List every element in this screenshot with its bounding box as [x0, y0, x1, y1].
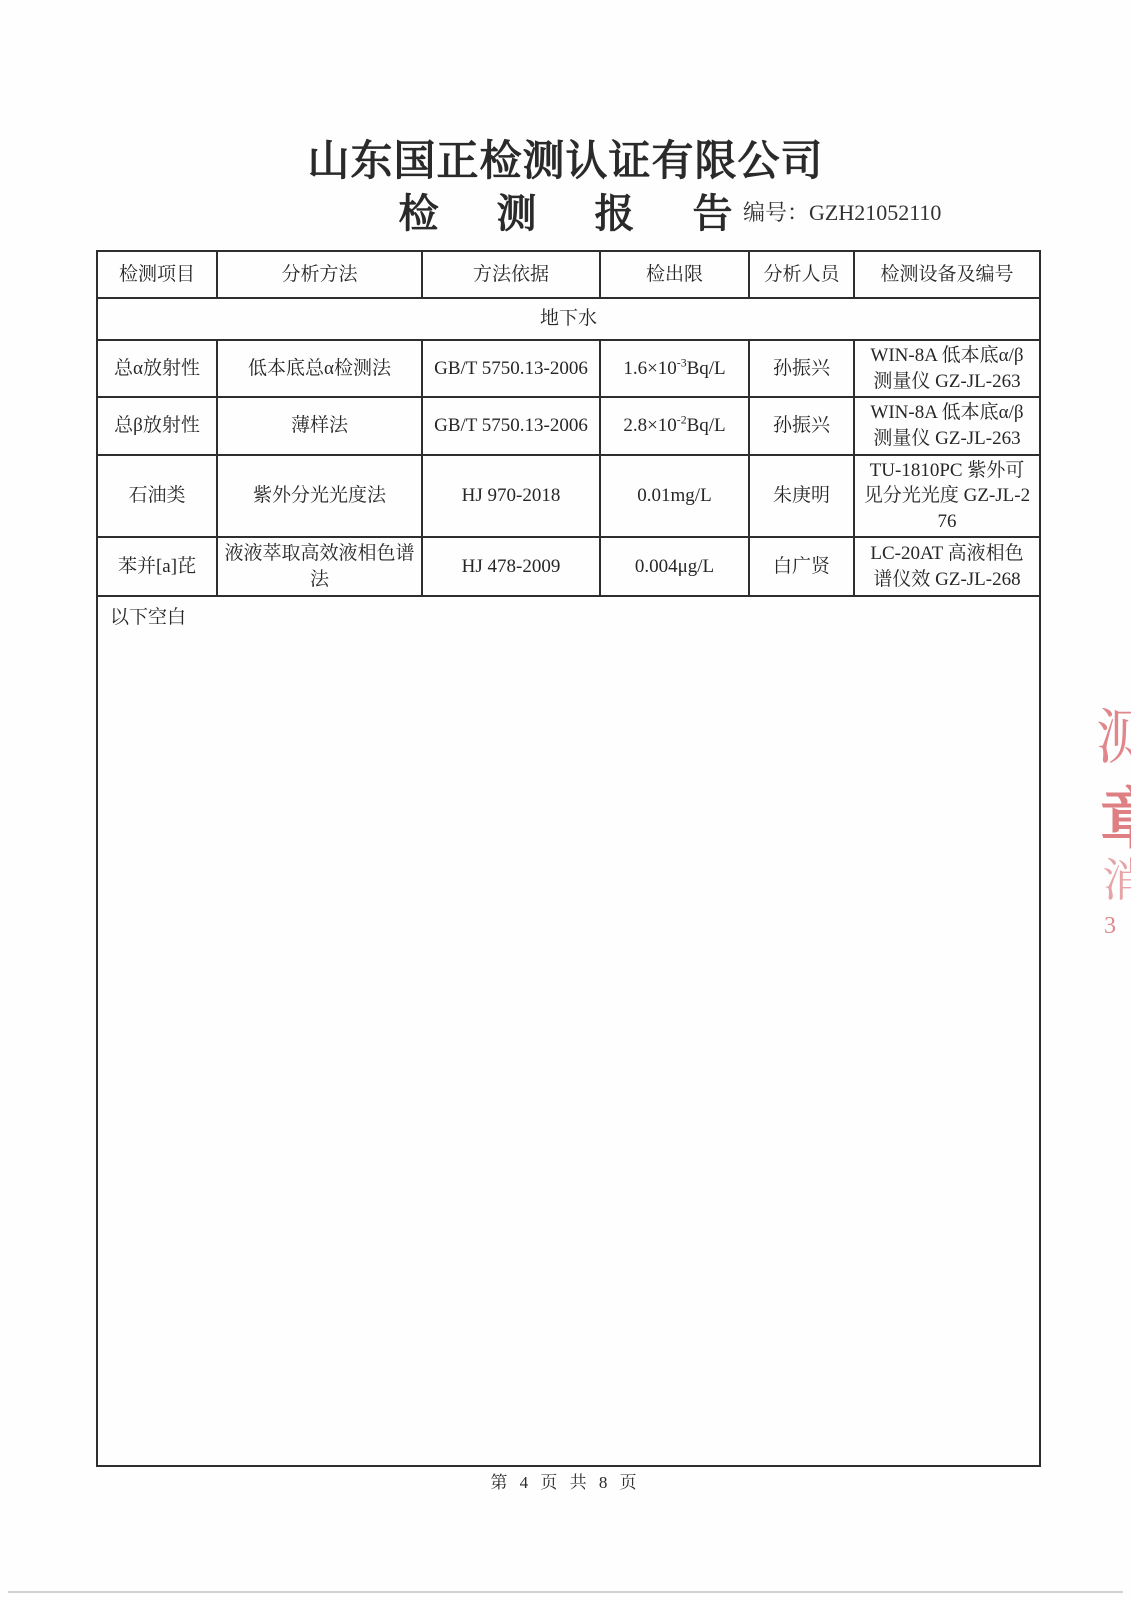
section-row: 地下水	[97, 298, 1040, 340]
cell-method: 紫外分光光度法	[217, 455, 422, 538]
cell-equipment: WIN-8A 低本底α/β测量仪 GZ-JL-263	[854, 397, 1040, 454]
report-number: 编号：GZH21052110	[743, 196, 941, 227]
cell-analyst: 朱庚明	[749, 455, 854, 538]
cell-item: 总α放射性	[97, 340, 217, 397]
cell-item: 苯并[a]芘	[97, 537, 217, 596]
cell-limit: 0.01mg/L	[600, 455, 749, 538]
cell-item: 总β放射性	[97, 397, 217, 454]
table-row: 总α放射性 低本底总α检测法 GB/T 5750.13-2006 1.6×10-…	[97, 340, 1040, 397]
cell-equipment: WIN-8A 低本底α/β测量仪 GZ-JL-263	[854, 340, 1040, 397]
cell-analyst: 孙振兴	[749, 340, 854, 397]
table-header-row: 检测项目 分析方法 方法依据 检出限 分析人员 检测设备及编号	[97, 251, 1040, 298]
limit-unit: Bq/L	[687, 415, 726, 436]
cell-method: 低本底总α检测法	[217, 340, 422, 397]
cell-limit: 2.8×10-2Bq/L	[600, 397, 749, 454]
stamp-fragment-icon: 3	[1104, 914, 1116, 938]
col-header-basis: 方法依据	[422, 251, 600, 298]
table-row: 石油类 紫外分光光度法 HJ 970-2018 0.01mg/L 朱庚明 TU-…	[97, 455, 1040, 538]
cell-basis: GB/T 5750.13-2006	[422, 340, 600, 397]
table-row: 总β放射性 薄样法 GB/T 5750.13-2006 2.8×10-2Bq/L…	[97, 397, 1040, 454]
report-page: 山东国正检测认证有限公司 检 测 报 告 编号：GZH21052110 检测项目…	[0, 0, 1131, 1600]
cell-limit: 1.6×10-3Bq/L	[600, 340, 749, 397]
test-report-table: 检测项目 分析方法 方法依据 检出限 分析人员 检测设备及编号 地下水 总α放射…	[96, 250, 1041, 1467]
stamp-fragment-icon: 章	[1100, 788, 1131, 854]
section-label-groundwater: 地下水	[97, 298, 1040, 340]
limit-unit: Bq/L	[687, 358, 726, 379]
limit-base: 0.01mg/L	[637, 485, 711, 506]
report-number-value: GZH21052110	[809, 200, 941, 225]
report-number-label: 编号：	[743, 200, 809, 225]
scan-artifact-line	[8, 1591, 1123, 1593]
stamp-fragment-icon: 消	[1102, 858, 1131, 904]
col-header-equipment: 检测设备及编号	[854, 251, 1040, 298]
cell-basis: HJ 478-2009	[422, 537, 600, 596]
limit-base: 2.8×10	[623, 415, 676, 436]
cell-basis: GB/T 5750.13-2006	[422, 397, 600, 454]
cell-analyst: 白广贤	[749, 537, 854, 596]
col-header-item: 检测项目	[97, 251, 217, 298]
table-row: 苯并[a]芘 液液萃取高效液相色谱法 HJ 478-2009 0.004μg/L…	[97, 537, 1040, 596]
cell-analyst: 孙振兴	[749, 397, 854, 454]
cell-item: 石油类	[97, 455, 217, 538]
limit-exponent: -2	[677, 414, 687, 427]
cell-equipment: LC-20AT 高液相色谱仪效 GZ-JL-268	[854, 537, 1040, 596]
limit-exponent: -3	[677, 356, 687, 369]
company-name: 山东国正检测认证有限公司	[0, 128, 1131, 188]
col-header-method: 分析方法	[217, 251, 422, 298]
report-title-row: 检 测 报 告 编号：GZH21052110	[0, 182, 1131, 234]
blank-area-row: 以下空白	[97, 596, 1040, 1466]
stamp-fragment-icon: 测	[1096, 708, 1131, 768]
cell-method: 薄样法	[217, 397, 422, 454]
report-title: 检 测 报 告	[0, 182, 1131, 239]
blank-note: 以下空白	[97, 596, 1040, 1466]
col-header-limit: 检出限	[600, 251, 749, 298]
page-number: 第 4 页 共 8 页	[0, 1468, 1131, 1493]
limit-base: 1.6×10	[623, 358, 676, 379]
cell-method: 液液萃取高效液相色谱法	[217, 537, 422, 596]
col-header-analyst: 分析人员	[749, 251, 854, 298]
limit-base: 0.004μg/L	[635, 556, 714, 577]
cell-equipment: TU-1810PC 紫外可见分光光度 GZ-JL-276	[854, 455, 1040, 538]
cell-limit: 0.004μg/L	[600, 537, 749, 596]
cell-basis: HJ 970-2018	[422, 455, 600, 538]
